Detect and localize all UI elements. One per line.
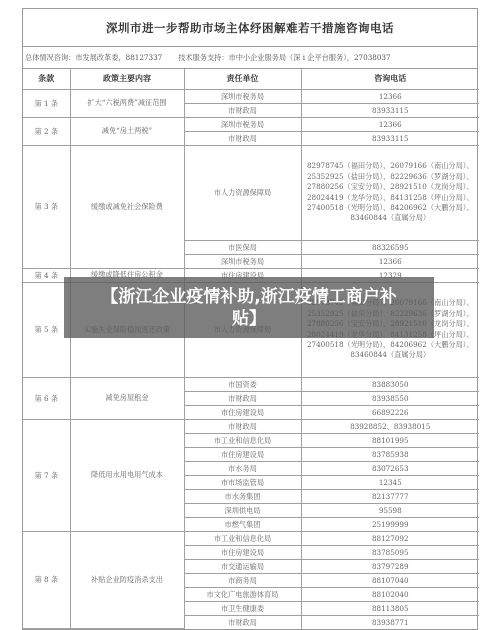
clause-cell: 第 2 条 bbox=[23, 117, 70, 145]
phone-cell: 88127092 bbox=[301, 531, 479, 545]
phone-cell: 12366 bbox=[301, 89, 479, 103]
unit-cell: 市市场监管局 bbox=[184, 475, 301, 489]
unit-cell: 市医保局 bbox=[184, 240, 301, 254]
table-header-row: 条款 政策主要内容 责任单位 咨询电话 bbox=[23, 69, 479, 89]
phone-cell: 83933115 bbox=[301, 103, 479, 117]
unit-cell: 市工业和信息化局 bbox=[184, 433, 301, 447]
table-row: 第 3 条 缓缴或减免社会保险费 市人力资源保障局 82978745（福田分局）… bbox=[23, 145, 479, 240]
unit-cell: 市商务局 bbox=[184, 573, 301, 587]
unit-cell: 市财政局 bbox=[184, 103, 301, 117]
unit-cell: 市水务集团 bbox=[184, 489, 301, 503]
phone-cell: 88101995 bbox=[301, 433, 479, 447]
policy-cell: 减免“房土两税” bbox=[70, 117, 184, 145]
unit-cell: 市卫生健康委 bbox=[184, 601, 301, 615]
phone-cell: 95598 bbox=[301, 503, 479, 517]
phone-cell: 12366 bbox=[301, 117, 479, 131]
unit-cell: 市国资委 bbox=[184, 377, 301, 391]
unit-cell: 市住房建设局 bbox=[184, 447, 301, 461]
unit-cell: 市财政局 bbox=[184, 131, 301, 145]
phone-cell: 25199999 bbox=[301, 517, 479, 531]
unit-cell: 市住房建设局 bbox=[184, 545, 301, 559]
column-header-phone: 咨询电话 bbox=[301, 69, 479, 89]
phone-cell: 82978745（福田分局）、26079166（南山分局）、25352925（盐… bbox=[301, 145, 479, 240]
column-header-clause: 条款 bbox=[23, 69, 70, 89]
phone-cell: 12345 bbox=[301, 475, 479, 489]
table-row: 第 2 条 减免“房土两税” 深圳市税务局 12366 bbox=[23, 117, 479, 131]
clause-cell: 第 3 条 bbox=[23, 145, 70, 268]
clause-cell: 第 4 条 bbox=[23, 268, 70, 282]
clause-cell: 第 1 条 bbox=[23, 89, 70, 117]
tech-support-info: 技术服务支持：市中小企业服务局（深 i 企平台服务），27038037 bbox=[178, 53, 390, 63]
clause-cell: 第 6 条 bbox=[23, 377, 70, 419]
clause-cell: 第 5 条 bbox=[23, 282, 70, 377]
unit-cell: 深圳供电局 bbox=[184, 503, 301, 517]
unit-cell: 深圳市税务局 bbox=[184, 89, 301, 103]
phone-cell: 88113805 bbox=[301, 601, 479, 615]
clause-cell: 第 7 条 bbox=[23, 419, 70, 531]
table-row: 第 6 条 减免房屋租金 市国资委 83883050 bbox=[23, 377, 479, 391]
caption-text: 【浙江企业疫情补助,浙江疫情工商户补贴】 bbox=[94, 286, 404, 330]
unit-cell: 深圳市税务局 bbox=[184, 117, 301, 131]
unit-cell: 市财政局 bbox=[184, 391, 301, 405]
phone-cell: 83072653 bbox=[301, 461, 479, 475]
phone-cell: 88102040 bbox=[301, 587, 479, 601]
unit-cell: 市住房建设局 bbox=[184, 405, 301, 419]
consultation-table: 条款 政策主要内容 责任单位 咨询电话 第 1 条 扩大“六税两费”减征范围 深… bbox=[23, 69, 479, 616]
phone-cell: 88326595 bbox=[301, 240, 479, 254]
policy-cell: 扩大“六税两费”减征范围 bbox=[70, 89, 184, 117]
policy-cell: 降低用水用电用气成本 bbox=[70, 419, 184, 531]
table-row: 第 8 条 补贴企业防疫消杀支出 市工业和信息化局 88127092 bbox=[23, 531, 479, 545]
phone-cell: 88107040 bbox=[301, 573, 479, 587]
phone-cell: 83928852、83938015 bbox=[301, 419, 479, 433]
policy-cell: 补贴企业防疫消杀支出 bbox=[70, 531, 184, 616]
caption-overlay: 【浙江企业疫情补助,浙江疫情工商户补贴】 bbox=[64, 277, 434, 338]
unit-cell: 市水务局 bbox=[184, 461, 301, 475]
column-header-policy: 政策主要内容 bbox=[70, 69, 184, 89]
table-row: 第 7 条 降低用水用电用气成本 市财政局 83928852、83938015 bbox=[23, 419, 479, 433]
general-inquiry-info: 总体情况咨询：市发展改革委，88127337 bbox=[25, 53, 162, 63]
phone-cell: 12366 bbox=[301, 254, 479, 268]
unit-cell: 市交通运输局 bbox=[184, 559, 301, 573]
policy-cell: 减免房屋租金 bbox=[70, 377, 184, 419]
table-row: 第 1 条 扩大“六税两费”减征范围 深圳市税务局 12366 bbox=[23, 89, 479, 103]
unit-cell: 市燃气集团 bbox=[184, 517, 301, 531]
info-row: 总体情况咨询：市发展改革委，88127337 技术服务支持：市中小企业服务局（深… bbox=[23, 47, 477, 69]
phone-cell: 83785938 bbox=[301, 447, 479, 461]
phone-cell: 83883050 bbox=[301, 377, 479, 391]
phone-cell: 66892226 bbox=[301, 405, 479, 419]
phone-cell: 82137777 bbox=[301, 489, 479, 503]
column-header-unit: 责任单位 bbox=[184, 69, 301, 89]
phone-cell: 83785095 bbox=[301, 545, 479, 559]
unit-cell: 市人力资源保障局 bbox=[184, 145, 301, 240]
phone-cell: 83933115 bbox=[301, 131, 479, 145]
clause-cell: 第 8 条 bbox=[23, 531, 70, 616]
unit-cell: 市文化广电旅游体育局 bbox=[184, 587, 301, 601]
phone-cell: 83938550 bbox=[301, 391, 479, 405]
unit-cell: 深圳市税务局 bbox=[184, 254, 301, 268]
policy-cell: 缓缴或减免社会保险费 bbox=[70, 145, 184, 268]
document-title: 深圳市进一步帮助市场主体纾困解难若干措施咨询电话 bbox=[23, 9, 477, 47]
phone-cell: 83797289 bbox=[301, 559, 479, 573]
unit-cell: 市工业和信息化局 bbox=[184, 531, 301, 545]
unit-cell: 市财政局 bbox=[184, 419, 301, 433]
